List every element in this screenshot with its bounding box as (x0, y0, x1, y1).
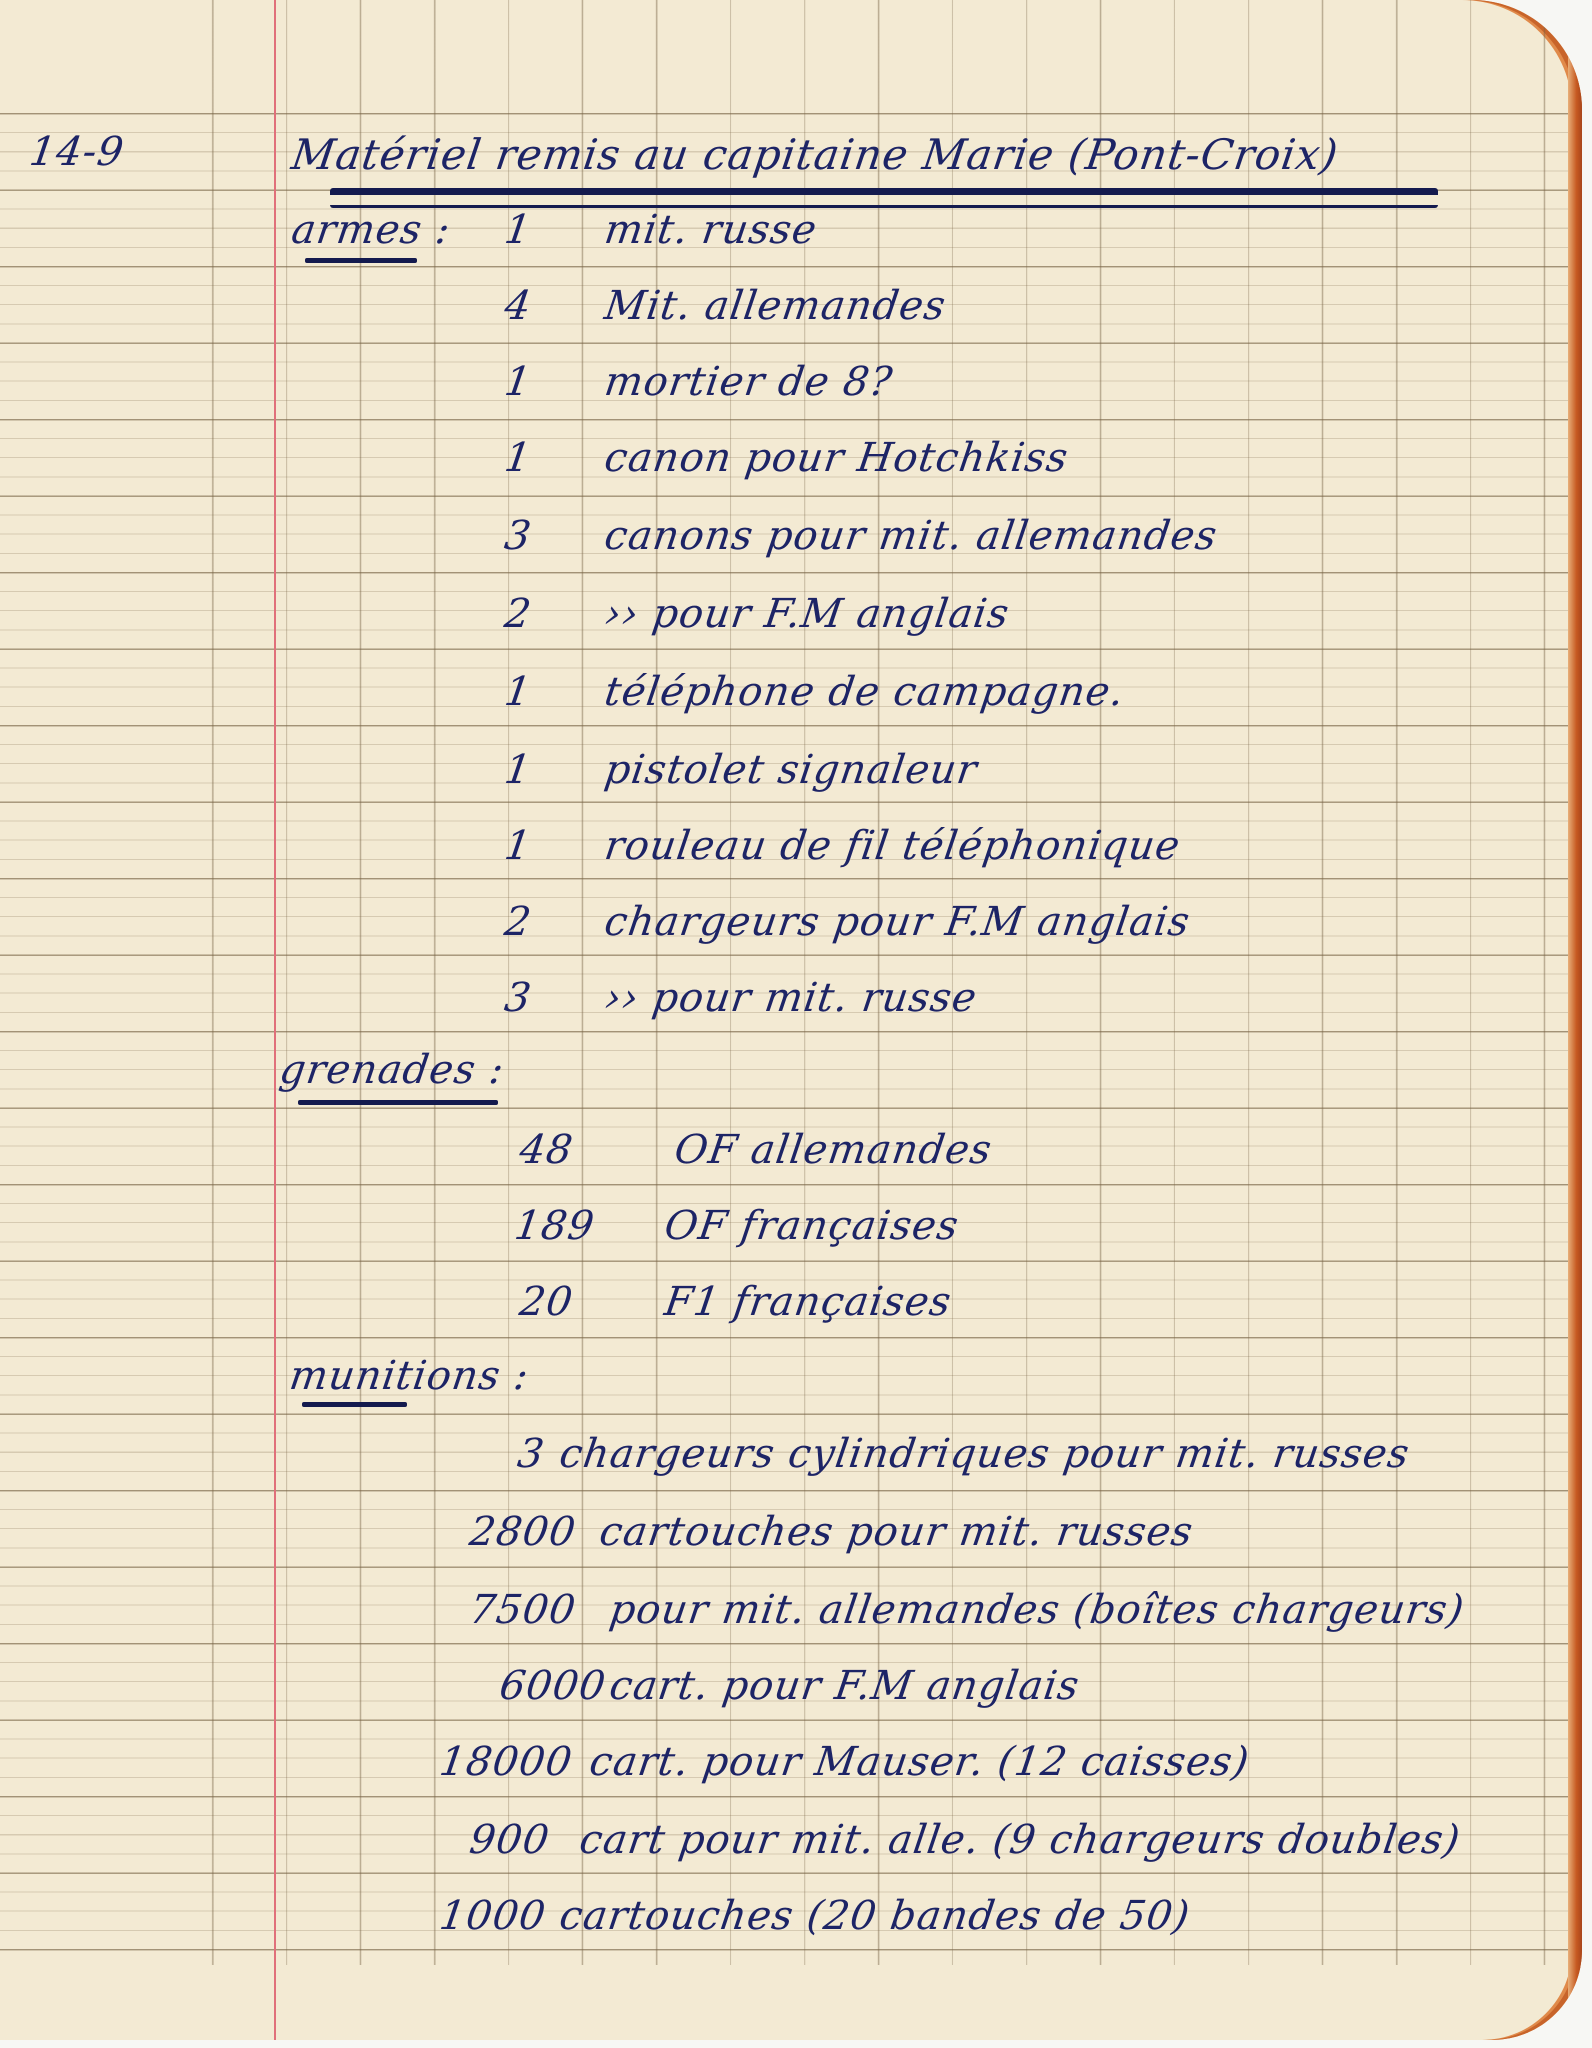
section-heading-grenades: grenades : (277, 1050, 507, 1090)
item-text: chargeurs pour F.M anglais (602, 902, 1193, 942)
item-qty: 48 (517, 1130, 603, 1170)
item-qty: 4 (502, 286, 588, 326)
title-double-underline (330, 188, 1438, 208)
item-text: F1 françaises (662, 1282, 954, 1322)
item-text: canon pour Hotchkiss (602, 438, 1071, 478)
item-qty: 20 (517, 1282, 603, 1322)
item-text: canons pour mit. allemandes (602, 516, 1220, 556)
item-text: Mit. allemandes (602, 286, 948, 326)
item-text: cart. pour F.M anglais (607, 1666, 1082, 1706)
item-text: téléphone de campagne. (602, 672, 1127, 712)
item-text: ›› pour mit. russe (602, 978, 979, 1018)
item-text: OF allemandes (672, 1130, 994, 1170)
item-text: chargeurs cylindriques pour mit. russes (557, 1434, 1412, 1474)
orange-cover-edge (1568, 0, 1582, 2040)
page-title: Matériel remis au capitaine Marie (Pont-… (289, 134, 1341, 176)
item-qty: 3 (515, 1434, 547, 1474)
item-qty: 18000 (437, 1742, 575, 1782)
item-qty: 7500 (467, 1590, 578, 1630)
item-text: cart pour mit. alle. (9 chargeurs double… (577, 1820, 1463, 1860)
item-text: rouleau de fil téléphonique (602, 826, 1183, 866)
entry-date: 14-9 (27, 132, 126, 172)
item-qty: 3 (502, 516, 588, 556)
item-text: cartouches pour mit. russes (597, 1512, 1196, 1552)
item-text: cartouches (20 bandes de 50) (557, 1896, 1192, 1936)
item-text: pour mit. allemandes (boîtes chargeurs) (607, 1590, 1467, 1630)
item-text: mortier de 8? (602, 362, 895, 402)
item-text: ›› pour F.M anglais (602, 594, 1012, 634)
section-heading-munitions: munitions : (287, 1356, 531, 1396)
item-qty: 900 (467, 1820, 552, 1860)
item-qty: 2800 (467, 1512, 578, 1552)
item-qty: 1 (502, 362, 588, 402)
item-qty: 6000 (497, 1666, 608, 1706)
item-text: pistolet signaleur (602, 750, 980, 790)
item-text: cart. pour Mauser. (12 caisses) (587, 1742, 1252, 1782)
section-heading-armes: armes : (289, 210, 453, 250)
item-qty: 2 (502, 594, 588, 634)
item-qty: 1 (502, 672, 588, 712)
item-qty: 189 (512, 1206, 598, 1246)
heading-underline (298, 1100, 498, 1105)
heading-underline (302, 1402, 407, 1407)
item-qty: 1 (502, 750, 588, 790)
red-margin-line (274, 0, 276, 2040)
item-qty: 2 (502, 902, 588, 942)
notebook-page: 14-9 Matériel remis au capitaine Marie (… (0, 0, 1582, 2040)
item-text: mit. russe (602, 210, 819, 250)
item-qty: 1 (502, 438, 588, 478)
heading-underline (305, 258, 417, 263)
item-text: OF françaises (662, 1206, 961, 1246)
item-qty: 3 (502, 978, 588, 1018)
item-qty: 1 (502, 210, 588, 250)
item-qty: 1 (502, 826, 588, 866)
item-qty: 1000 (437, 1896, 548, 1936)
